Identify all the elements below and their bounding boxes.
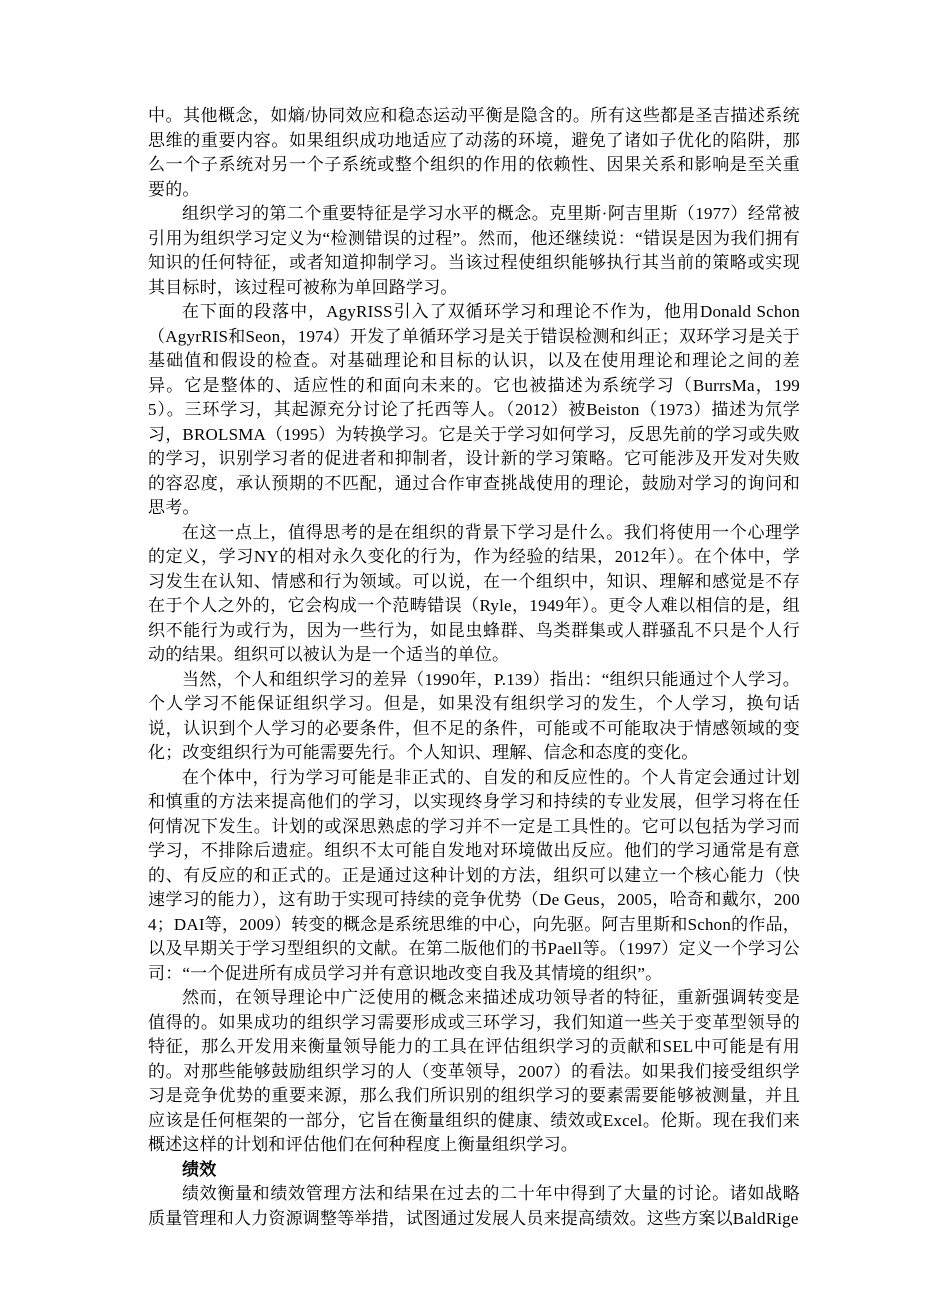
paragraph: 在下面的段落中，AgyRISS引入了双循环学习和理论不作为，他用Donald S… xyxy=(148,300,800,521)
paragraph: 在这一点上，值得思考的是在组织的背景下学习是什么。我们将使用一个心理学的定义，学… xyxy=(148,521,800,668)
paragraph: 组织学习的第二个重要特征是学习水平的概念。克里斯·阿吉里斯（1977）经常被引用… xyxy=(148,202,800,300)
paragraph: 当然，个人和组织学习的差异（1990年，P.139）指出：“组织只能通过个人学习… xyxy=(148,668,800,766)
paragraph: 在个体中，行为学习可能是非正式的、自发的和反应性的。个人肯定会通过计划和慎重的方… xyxy=(148,766,800,987)
document-text-body: 中。其他概念，如熵/协同效应和稳态运动平衡是隐含的。所有这些都是圣吉描述系统思维… xyxy=(148,104,800,1231)
paragraph-continuation: 中。其他概念，如熵/协同效应和稳态运动平衡是隐含的。所有这些都是圣吉描述系统思维… xyxy=(148,104,800,202)
paragraph: 绩效衡量和绩效管理方法和结果在过去的二十年中得到了大量的讨论。诸如战略质量管理和… xyxy=(148,1182,800,1231)
paragraph: 然而，在领导理论中广泛使用的概念来描述成功领导者的特征，重新强调转变是值得的。如… xyxy=(148,986,800,1158)
document-page: 中。其他概念，如熵/协同效应和稳态运动平衡是隐含的。所有这些都是圣吉描述系统思维… xyxy=(0,0,926,1309)
section-heading-performance: 绩效 xyxy=(148,1158,800,1183)
